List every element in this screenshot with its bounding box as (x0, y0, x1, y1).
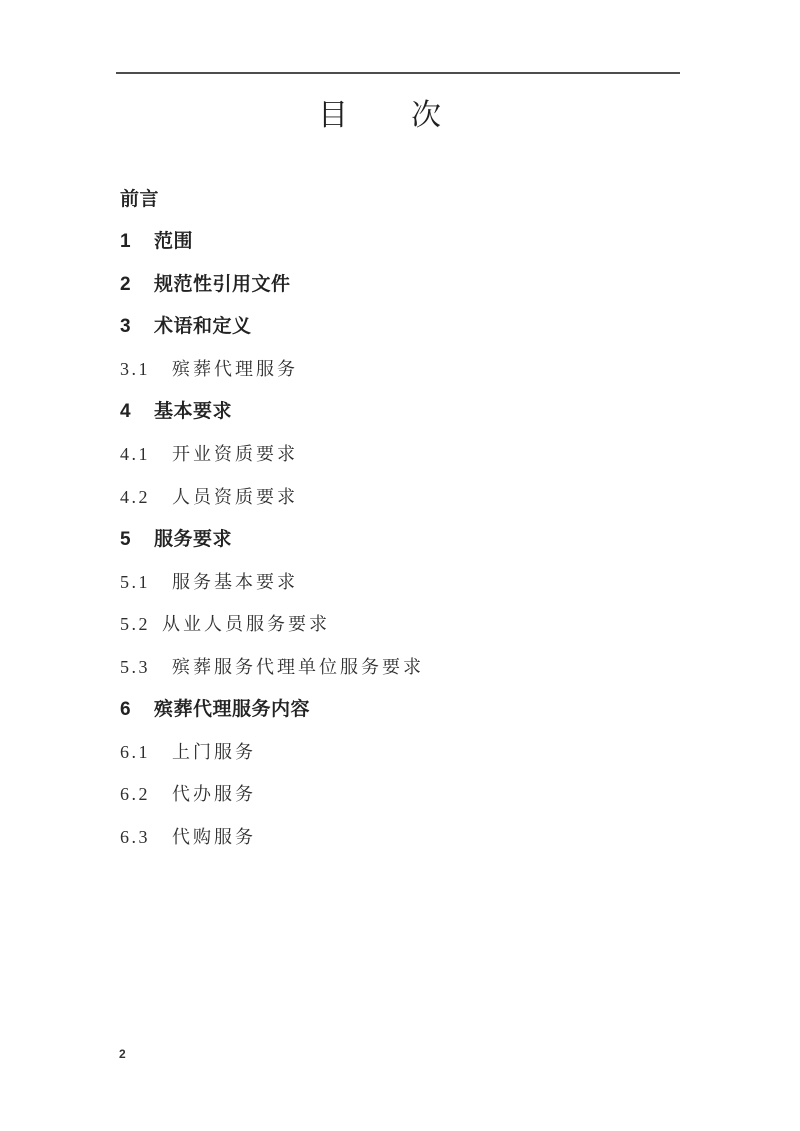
toc-entry-5-1: 5.1 服务基本要求 (120, 561, 700, 604)
page-number: 2 (119, 1048, 126, 1060)
toc-entry-4: 4 基本要求 (120, 391, 700, 434)
toc-entry-label: 服务基本要求 (172, 573, 298, 591)
toc-entry-label: 服务要求 (154, 530, 232, 549)
toc-entry-label: 从业人员服务要求 (162, 615, 330, 633)
toc-entry-label: 前言 (120, 190, 159, 209)
toc-entry-3-1: 3.1 殡葬代理服务 (120, 348, 700, 391)
toc-entry-number: 2 (120, 275, 154, 294)
toc-entry-label: 上门服务 (172, 743, 256, 761)
toc-entry-number: 6.2 (120, 785, 172, 803)
toc-entry-label: 殡葬服务代理单位服务要求 (172, 658, 424, 676)
toc-entry-number: 5.2 (120, 615, 162, 633)
toc-entry-6: 6 殡葬代理服务内容 (120, 688, 700, 731)
toc-entry-6-2: 6.2 代办服务 (120, 773, 700, 816)
toc-entry-2: 2 规范性引用文件 (120, 263, 700, 306)
toc-entry-number: 6.3 (120, 828, 172, 846)
toc-entry-label: 范围 (154, 232, 193, 251)
toc-entry-label: 基本要求 (154, 402, 232, 421)
toc-entry-foreword: 前言 (120, 178, 700, 221)
toc-entry-5-2: 5.2 从业人员服务要求 (120, 603, 700, 646)
toc-entry-label: 开业资质要求 (172, 445, 298, 463)
header-rule (116, 72, 680, 74)
toc-entry-label: 规范性引用文件 (154, 275, 291, 294)
toc-entry-6-3: 6.3 代购服务 (120, 816, 700, 859)
page-title: 目 次 (0, 99, 760, 133)
toc-entry-number: 4.1 (120, 445, 172, 463)
toc-entry-label: 代购服务 (172, 828, 256, 846)
document-page: 目 次 前言 1 范围 2 规范性引用文件 3 术语和定义 3.1 殡葬代理服务… (0, 0, 800, 1131)
toc-entry-number: 5.1 (120, 573, 172, 591)
toc-entry-label: 人员资质要求 (172, 488, 298, 506)
toc-entry-4-1: 4.1 开业资质要求 (120, 433, 700, 476)
toc-entry-number: 5 (120, 530, 154, 549)
toc-entry-3: 3 术语和定义 (120, 306, 700, 349)
toc-entry-number: 6.1 (120, 743, 172, 761)
toc-entry-label: 代办服务 (172, 785, 256, 803)
toc-entry-label: 殡葬代理服务内容 (154, 700, 310, 719)
toc-entry-number: 1 (120, 232, 154, 251)
table-of-contents: 前言 1 范围 2 规范性引用文件 3 术语和定义 3.1 殡葬代理服务 4 基… (120, 178, 700, 858)
toc-entry-number: 6 (120, 700, 154, 719)
toc-entry-5-3: 5.3 殡葬服务代理单位服务要求 (120, 646, 700, 689)
toc-entry-number: 3.1 (120, 360, 172, 378)
toc-entry-6-1: 6.1 上门服务 (120, 731, 700, 774)
toc-entry-number: 3 (120, 317, 154, 336)
toc-entry-label: 殡葬代理服务 (172, 360, 298, 378)
toc-entry-1: 1 范围 (120, 221, 700, 264)
toc-entry-number: 4 (120, 402, 154, 421)
toc-entry-4-2: 4.2 人员资质要求 (120, 476, 700, 519)
toc-entry-number: 5.3 (120, 658, 172, 676)
toc-entry-number: 4.2 (120, 488, 172, 506)
toc-entry-label: 术语和定义 (154, 317, 252, 336)
toc-entry-5: 5 服务要求 (120, 518, 700, 561)
